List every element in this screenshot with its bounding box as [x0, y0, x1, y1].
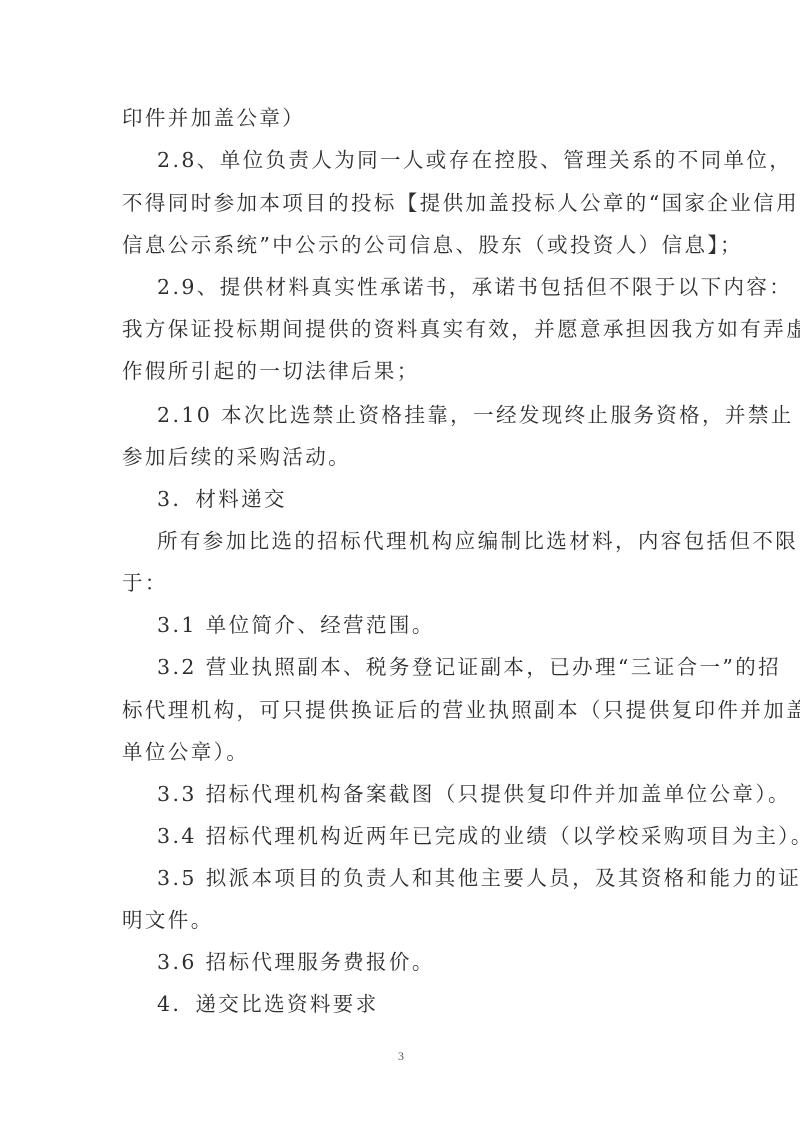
text-line: 印件并加盖公章） — [122, 103, 682, 133]
text-line: 3.2 营业执照副本、税务登记证副本，已办理“三证合一”的招 — [157, 652, 717, 682]
text-line: 2.9、提供材料真实性承诺书，承诺书包括但不限于以下内容： — [157, 272, 717, 302]
text-line: 3.3 招标代理机构备案截图（只提供复印件并加盖单位公章）。 — [157, 779, 717, 809]
text-line: 我方保证投标期间提供的资料真实有效，并愿意承担因我方如有弄虚 — [122, 314, 682, 344]
document-page: 印件并加盖公章） 2.8、单位负责人为同一人或存在控股、管理关系的不同单位， 不… — [0, 0, 800, 1132]
text-line: 于： — [122, 568, 682, 598]
text-line: 不得同时参加本项目的投标【提供加盖投标人公章的“国家企业信用 — [122, 188, 682, 218]
text-line: 3.1 单位简介、经营范围。 — [157, 610, 717, 640]
text-line: 所有参加比选的招标代理机构应编制比选材料，内容包括但不限 — [157, 526, 717, 556]
text-line: 明文件。 — [122, 905, 682, 935]
text-line: 3.6 招标代理服务费报价。 — [157, 947, 717, 977]
text-line: 2.8、单位负责人为同一人或存在控股、管理关系的不同单位， — [157, 145, 717, 175]
text-line: 单位公章）。 — [122, 737, 682, 767]
text-line: 标代理机构，可只提供换证后的营业执照副本（只提供复印件并加盖 — [122, 695, 682, 725]
section-heading: 4．递交比选资料要求 — [157, 989, 717, 1019]
text-line: 参加后续的采购活动。 — [122, 442, 682, 472]
text-line: 3.5 拟派本项目的负责人和其他主要人员，及其资格和能力的证 — [157, 863, 717, 893]
page-number: 3 — [398, 1049, 404, 1064]
text-line: 2.10 本次比选禁止资格挂靠，一经发现终止服务资格，并禁止 — [157, 400, 717, 430]
text-line: 作假所引起的一切法律后果； — [122, 356, 682, 386]
text-line: 3.4 招标代理机构近两年已完成的业绩（以学校采购项目为主）。 — [157, 821, 717, 851]
section-heading: 3．材料递交 — [157, 484, 717, 514]
text-line: 信息公示系统”中公示的公司信息、股东（或投资人）信息】； — [122, 230, 682, 260]
